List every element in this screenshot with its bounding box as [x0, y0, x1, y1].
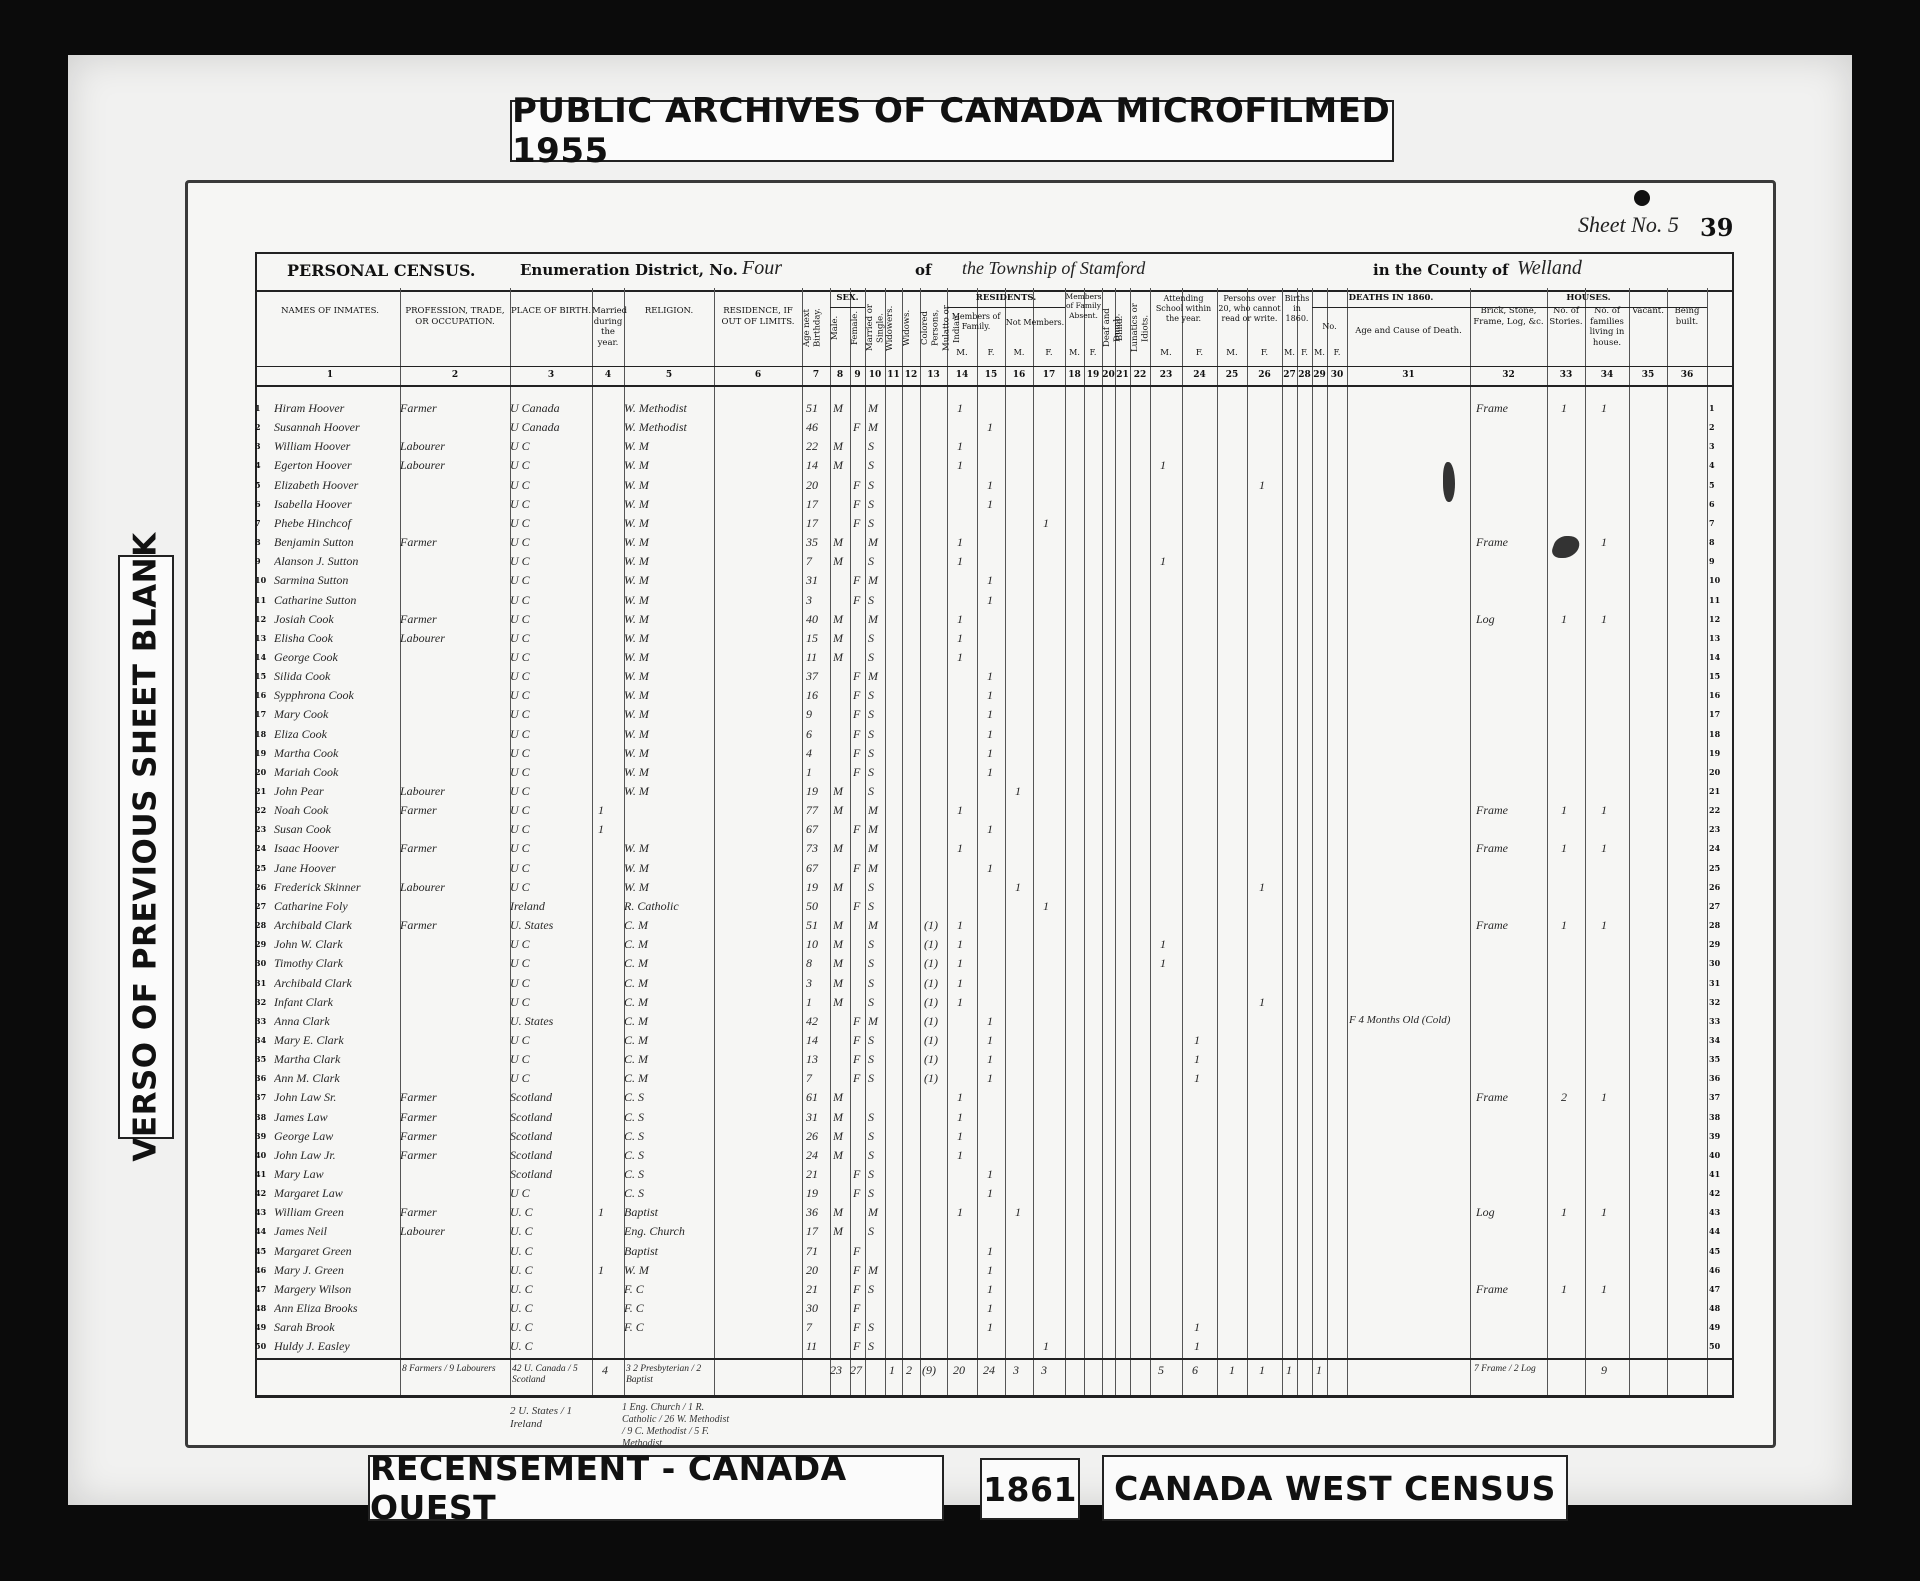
cell-death: F 4 Months Old (Cold): [1349, 1014, 1479, 1026]
column-header-21: Blind.: [1115, 294, 1130, 362]
cell-birth: Scotland: [510, 1167, 592, 1182]
cell-religion: C. M: [624, 956, 714, 971]
cell-name: Martha Cook: [274, 746, 400, 761]
cell-age: 8: [806, 956, 830, 971]
cell-families: 1: [1601, 535, 1629, 550]
row-number: 49: [255, 1322, 266, 1332]
cell-male: M: [833, 1224, 850, 1239]
cell-female: F: [853, 746, 865, 761]
table-row: 2222Noah CookFarmerU C177MM1Frame11: [257, 802, 1732, 821]
cell-fam_m: 1: [957, 554, 977, 569]
cell-fam_m: 1: [957, 439, 977, 454]
cell-name: Martha Clark: [274, 1052, 400, 1067]
row-number: 46: [255, 1265, 266, 1275]
row-number-right: 26: [1709, 882, 1720, 892]
row-number-right: 17: [1709, 709, 1720, 719]
punch-hole: [1634, 190, 1650, 206]
table-row: 1111Catharine SuttonU CW. M3FS1: [257, 592, 1732, 611]
census-label-french: RECENSEMENT - CANADA OUEST: [368, 1455, 944, 1521]
table-row: 4141Mary LawScotlandC. S21FS1: [257, 1166, 1732, 1185]
column-header-2: PROFESSION, TRADE, OR OCCUPATION.: [400, 306, 510, 378]
cell-ms: S: [868, 784, 885, 799]
table-row: 88Benjamin SuttonFarmerU CW. M35MM1Frame…: [257, 534, 1732, 553]
cell-age: 35: [806, 535, 830, 550]
cell-birth: U C: [510, 554, 592, 569]
cell-religion: W. M: [624, 727, 714, 742]
row-number: 1: [255, 403, 261, 413]
cell-age: 20: [806, 478, 830, 493]
cell-birth: U C: [510, 841, 592, 856]
cell-religion: C. S: [624, 1148, 714, 1163]
cell-female: F: [853, 478, 865, 493]
cell-birth: U C: [510, 631, 592, 646]
row-number-right: 11: [1709, 595, 1720, 605]
row-number-right: 25: [1709, 863, 1720, 873]
group-header-births: Births in 1860.: [1282, 294, 1312, 324]
cell-name: Isaac Hoover: [274, 841, 400, 856]
cell-families: 1: [1601, 1282, 1629, 1297]
table-row: 2323Susan CookU C167FM1: [257, 821, 1732, 840]
cell-ms: M: [868, 573, 885, 588]
table-row: 33William HooverLabourerU CW. M22MS1: [257, 438, 1732, 457]
cell-birth: Scotland: [510, 1110, 592, 1125]
cell-religion: W. M: [624, 458, 714, 473]
table-row: 2727Catharine FolyIrelandR. Catholic50FS…: [257, 898, 1732, 917]
cell-age: 40: [806, 612, 830, 627]
cell-age: 17: [806, 497, 830, 512]
cell-school_m: 1: [1160, 956, 1182, 971]
cell-birth: U C: [510, 535, 592, 550]
cell-name: John Law Sr.: [274, 1090, 400, 1105]
cell-age: 19: [806, 880, 830, 895]
cell-male: M: [833, 612, 850, 627]
cell-fam_m: 1: [957, 976, 977, 991]
row-number-right: 42: [1709, 1188, 1720, 1198]
cell-male: M: [833, 918, 850, 933]
column-number-20: 20: [1102, 370, 1115, 381]
cell-female: F: [853, 1186, 865, 1201]
cell-name: George Cook: [274, 650, 400, 665]
form-title: PERSONAL CENSUS.: [287, 261, 476, 280]
cell-occ: Labourer: [400, 631, 510, 646]
cell-religion: Baptist: [624, 1244, 714, 1259]
row-number-right: 34: [1709, 1035, 1720, 1045]
row-number-right: 32: [1709, 997, 1720, 1007]
column-header-17: F.: [1033, 348, 1065, 362]
cell-ms: S: [868, 439, 885, 454]
cell-name: Susan Cook: [274, 822, 400, 837]
table-row: 4747Margery WilsonU. CF. C21FS1Frame11: [257, 1281, 1732, 1300]
column-number-21: 21: [1115, 370, 1130, 381]
cell-occ: Farmer: [400, 401, 510, 416]
column-header-1: NAMES OF INMATES.: [260, 306, 400, 378]
cell-female: F: [853, 765, 865, 780]
cell-notmem_f: 1: [1043, 1339, 1065, 1354]
cell-school_f: 1: [1194, 1033, 1217, 1048]
cell-age: 19: [806, 784, 830, 799]
cell-fam_f: 1: [987, 573, 1005, 588]
row-number: 48: [255, 1303, 266, 1313]
cell-stories: 1: [1561, 1282, 1585, 1297]
column-number-18: 18: [1065, 370, 1084, 381]
column-header-20: Deaf and Dumb.: [1102, 294, 1115, 362]
cell-male: M: [833, 535, 850, 550]
cell-notmem_m: 1: [1015, 784, 1033, 799]
cell-c26: 1: [1259, 995, 1282, 1010]
cell-birth: Scotland: [510, 1129, 592, 1144]
cell-ms: S: [868, 1129, 885, 1144]
cell-families: 1: [1601, 401, 1629, 416]
cell-age: 16: [806, 688, 830, 703]
ink-stain: [1443, 462, 1455, 502]
cell-name: Elisha Cook: [274, 631, 400, 646]
column-header-7: Age next Birthday.: [802, 294, 830, 362]
cell-male: M: [833, 554, 850, 569]
cell-name: Mary E. Clark: [274, 1033, 400, 1048]
row-number: 6: [255, 499, 261, 509]
cell-name: Sypphrona Cook: [274, 688, 400, 703]
table-row: 55Elizabeth HooverU CW. M20FS11: [257, 477, 1732, 496]
cell-stories: 1: [1561, 803, 1585, 818]
table-row: 2424Isaac HooverFarmerU CW. M73MM1Frame1…: [257, 840, 1732, 859]
column-number-25: 25: [1217, 370, 1247, 381]
cell-fam_m: 1: [957, 1129, 977, 1144]
column-number-6: 6: [714, 370, 802, 381]
cell-fam_m: 1: [957, 1110, 977, 1125]
cell-female: F: [853, 727, 865, 742]
cell-birth: U C: [510, 880, 592, 895]
table-row: 1717Mary CookU CW. M9FS1: [257, 706, 1732, 725]
cell-col13: (1): [924, 1033, 947, 1048]
cell-ms: S: [868, 554, 885, 569]
cell-age: 51: [806, 401, 830, 416]
cell-ms: S: [868, 478, 885, 493]
cell-religion: C. M: [624, 1071, 714, 1086]
cell-religion: W. M: [624, 707, 714, 722]
table-row: 1919Martha CookU CW. M4FS1: [257, 745, 1732, 764]
cell-married: 1: [598, 822, 624, 837]
cell-female: F: [853, 1339, 865, 1354]
cell-house: Frame: [1476, 535, 1547, 550]
table-row: 3333Anna ClarkU. StatesC. M42FM(1)1F 4 M…: [257, 1013, 1732, 1032]
row-number-right: 41: [1709, 1169, 1720, 1179]
column-header-24: F.: [1182, 348, 1217, 362]
column-number-2: 2: [400, 370, 510, 381]
column-header-22: Lunatics or Idiots.: [1130, 294, 1150, 362]
cell-religion: C. M: [624, 976, 714, 991]
cell-male: M: [833, 880, 850, 895]
cell-occ: Farmer: [400, 841, 510, 856]
column-header-18: M.: [1065, 348, 1084, 362]
cell-birth: U C: [510, 688, 592, 703]
cell-birth: U C: [510, 478, 592, 493]
cell-age: 19: [806, 1186, 830, 1201]
total-school_f: 6: [1192, 1364, 1227, 1378]
cell-male: M: [833, 650, 850, 665]
row-number: 10: [255, 575, 266, 585]
verso-label-text: VERSO OF PREVIOUS SHEET BLANK: [128, 532, 164, 1161]
cell-male: M: [833, 458, 850, 473]
cell-col13: (1): [924, 1014, 947, 1029]
column-number-17: 17: [1033, 370, 1065, 381]
table-row: 2020Mariah CookU CW. M1FS1: [257, 764, 1732, 783]
census-table: NAMES OF INMATES.1PROFESSION, TRADE, OR …: [255, 288, 1734, 1398]
table-row: 1010Sarmina SuttonU CW. M31FM1: [257, 572, 1732, 591]
row-number-right: 12: [1709, 614, 1720, 624]
cell-age: 36: [806, 1205, 830, 1220]
total-fam_m: 20: [953, 1364, 987, 1378]
cell-fam_m: 1: [957, 401, 977, 416]
cell-name: Elizabeth Hoover: [274, 478, 400, 493]
totals-row: 8 Farmers / 9 Labourers42 U. Canada / 5 …: [257, 1363, 1732, 1395]
table-row: 11Hiram HooverFarmerU CanadaW. Methodist…: [257, 400, 1732, 419]
cell-house: Log: [1476, 612, 1547, 627]
column-header-9: Female.: [850, 294, 865, 362]
cell-birth: U C: [510, 1071, 592, 1086]
row-number-right: 49: [1709, 1322, 1720, 1332]
cell-age: 51: [806, 918, 830, 933]
cell-male: M: [833, 937, 850, 952]
cell-age: 31: [806, 1110, 830, 1125]
cell-religion: C. S: [624, 1167, 714, 1182]
cell-occ: Farmer: [400, 1090, 510, 1105]
row-number-right: 44: [1709, 1226, 1720, 1236]
cell-ms: S: [868, 458, 885, 473]
row-number: 24: [255, 843, 266, 853]
cell-name: Mariah Cook: [274, 765, 400, 780]
cell-stories: 1: [1561, 1205, 1585, 1220]
cell-house: Frame: [1476, 803, 1547, 818]
cell-birth: U C: [510, 746, 592, 761]
cell-birth: U C: [510, 573, 592, 588]
cell-female: F: [853, 420, 865, 435]
column-number-7: 7: [802, 370, 830, 381]
column-header-28: F.: [1297, 348, 1312, 362]
cell-male: M: [833, 995, 850, 1010]
cell-religion: W. M: [624, 593, 714, 608]
cell-fam_f: 1: [987, 707, 1005, 722]
cell-birth: U C: [510, 784, 592, 799]
cell-male: M: [833, 439, 850, 454]
cell-religion: W. M: [624, 784, 714, 799]
cell-age: 61: [806, 1090, 830, 1105]
cell-house: Frame: [1476, 1090, 1547, 1105]
cell-stories: 1: [1561, 918, 1585, 933]
cell-occ: Farmer: [400, 1205, 510, 1220]
column-header-23: M.: [1150, 348, 1182, 362]
table-row: 2121John PearLabourerU CW. M19MS1: [257, 783, 1732, 802]
cell-fam_f: 1: [987, 1301, 1005, 1316]
total-read_m: 1: [1229, 1364, 1257, 1378]
cell-birth: U Canada: [510, 401, 592, 416]
group-header-attending-school: Attending School within the year.: [1150, 294, 1217, 324]
cell-name: Infant Clark: [274, 995, 400, 1010]
cell-birth: U. C: [510, 1282, 592, 1297]
row-number-right: 21: [1709, 786, 1720, 796]
cell-ms: S: [868, 688, 885, 703]
cell-fam_f: 1: [987, 1014, 1005, 1029]
row-number: 42: [255, 1188, 266, 1198]
cell-male: M: [833, 1148, 850, 1163]
table-row: 3535Martha ClarkU CC. M13FS(1)11: [257, 1051, 1732, 1070]
cell-name: Catharine Foly: [274, 899, 400, 914]
column-header-34: No. of families living in house.: [1585, 306, 1629, 378]
cell-female: F: [853, 1282, 865, 1297]
cell-married: 1: [598, 1263, 624, 1278]
column-header-5: RELIGION.: [624, 306, 714, 378]
cell-birth: U C: [510, 458, 592, 473]
cell-name: Benjamin Sutton: [274, 535, 400, 550]
cell-name: Hiram Hoover: [274, 401, 400, 416]
column-number-11: 11: [885, 370, 902, 381]
cell-ms: S: [868, 631, 885, 646]
cell-age: 10: [806, 937, 830, 952]
cell-ms: M: [868, 420, 885, 435]
column-number-15: 15: [977, 370, 1005, 381]
cell-fam_m: 1: [957, 918, 977, 933]
cell-male: M: [833, 1090, 850, 1105]
cell-notmem_m: 1: [1015, 1205, 1033, 1220]
table-row: 1313Elisha CookLabourerU CW. M15MS1: [257, 630, 1732, 649]
cell-religion: W. M: [624, 573, 714, 588]
cell-male: M: [833, 631, 850, 646]
table-row: 3737John Law Sr.FarmerScotlandC. S61M1Fr…: [257, 1089, 1732, 1108]
cell-fam_f: 1: [987, 861, 1005, 876]
row-number-right: 35: [1709, 1054, 1720, 1064]
total-birth: 42 U. Canada / 5 Scotland: [512, 1364, 592, 1386]
cell-col13: (1): [924, 1071, 947, 1086]
column-header-4: Married during the year.: [592, 306, 624, 378]
cell-birth: U C: [510, 516, 592, 531]
cell-families: 1: [1601, 612, 1629, 627]
total-families: 9: [1601, 1364, 1639, 1378]
cell-fam_f: 1: [987, 478, 1005, 493]
cell-occ: Labourer: [400, 880, 510, 895]
cell-name: Egerton Hoover: [274, 458, 400, 473]
row-number-right: 5: [1709, 480, 1715, 490]
column-number-23: 23: [1150, 370, 1182, 381]
cell-house: Log: [1476, 1205, 1547, 1220]
cell-birth: U. States: [510, 1014, 592, 1029]
cell-fam_f: 1: [987, 1052, 1005, 1067]
column-header-12: Widows.: [902, 294, 920, 362]
cell-age: 46: [806, 420, 830, 435]
cell-ms: S: [868, 899, 885, 914]
total-births_m: 1: [1286, 1364, 1307, 1378]
cell-male: M: [833, 1205, 850, 1220]
column-number-4: 4: [592, 370, 624, 381]
archive-label-text: PUBLIC ARCHIVES OF CANADA MICROFILMED 19…: [512, 91, 1392, 171]
column-number-5: 5: [624, 370, 714, 381]
group-header-deaths-no: No.: [1312, 322, 1347, 332]
cell-age: 6: [806, 727, 830, 742]
row-rule: [257, 385, 1732, 387]
cell-age: 24: [806, 1148, 830, 1163]
cell-ms: S: [868, 707, 885, 722]
cell-occ: Labourer: [400, 458, 510, 473]
cell-ms: S: [868, 1224, 885, 1239]
county-value: Welland: [1517, 257, 1582, 280]
row-number-right: 4: [1709, 460, 1715, 470]
verso-label: VERSO OF PREVIOUS SHEET BLANK: [118, 555, 174, 1139]
cell-birth: U. C: [510, 1263, 592, 1278]
cell-fam_f: 1: [987, 1167, 1005, 1182]
cell-fam_m: 1: [957, 631, 977, 646]
cell-name: Noah Cook: [274, 803, 400, 818]
row-number-right: 10: [1709, 575, 1720, 585]
cell-fam_f: 1: [987, 593, 1005, 608]
cell-birth: U. C: [510, 1320, 592, 1335]
census-year-text: 1861: [983, 1470, 1077, 1509]
column-number-28: 28: [1297, 370, 1312, 381]
page-number: 39: [1700, 213, 1733, 242]
column-number-10: 10: [865, 370, 885, 381]
cell-religion: W. M: [624, 861, 714, 876]
cell-female: F: [853, 1033, 865, 1048]
column-number-8: 8: [830, 370, 850, 381]
cell-birth: U. C: [510, 1224, 592, 1239]
column-header-31: Age and Cause of Death.: [1347, 326, 1470, 370]
cell-religion: C. M: [624, 937, 714, 952]
cell-col13: (1): [924, 995, 947, 1010]
cell-age: 30: [806, 1301, 830, 1316]
cell-birth: U C: [510, 439, 592, 454]
cell-name: Phebe Hinchcof: [274, 516, 400, 531]
cell-age: 73: [806, 841, 830, 856]
cell-age: 3: [806, 593, 830, 608]
cell-school_m: 1: [1160, 458, 1182, 473]
cell-occ: Farmer: [400, 1148, 510, 1163]
table-row: 1414George CookU CW. M11MS1: [257, 649, 1732, 668]
cell-occ: Farmer: [400, 918, 510, 933]
cell-male: M: [833, 1129, 850, 1144]
cell-occ: Farmer: [400, 1129, 510, 1144]
religion-summary: 1 Eng. Church / 1 R. Catholic / 26 W. Me…: [622, 1402, 732, 1450]
cell-age: 22: [806, 439, 830, 454]
row-number: 20: [255, 767, 266, 777]
cell-religion: W. M: [624, 554, 714, 569]
cell-age: 21: [806, 1282, 830, 1297]
column-number-12: 12: [902, 370, 920, 381]
cell-religion: F. C: [624, 1320, 714, 1335]
cell-families: 1: [1601, 1090, 1629, 1105]
row-number-right: 38: [1709, 1112, 1720, 1122]
table-row: 4040John Law Jr.FarmerScotlandC. S24MS1: [257, 1147, 1732, 1166]
cell-ms: M: [868, 401, 885, 416]
cell-religion: W. M: [624, 765, 714, 780]
cell-ms: S: [868, 976, 885, 991]
cell-fam_m: 1: [957, 458, 977, 473]
row-number-right: 40: [1709, 1150, 1720, 1160]
column-header-15: F.: [977, 348, 1005, 362]
cell-house: Frame: [1476, 918, 1547, 933]
cell-ms: M: [868, 535, 885, 550]
cell-male: M: [833, 956, 850, 971]
cell-married: 1: [598, 803, 624, 818]
cell-age: 21: [806, 1167, 830, 1182]
column-header-19: F.: [1084, 348, 1102, 362]
column-header-3: PLACE OF BIRTH.: [510, 306, 592, 378]
table-row: 2525Jane HooverU CW. M67FM1: [257, 860, 1732, 879]
cell-male: M: [833, 1110, 850, 1125]
cell-religion: C. S: [624, 1090, 714, 1105]
table-row: 3636Ann M. ClarkU CC. M7FS(1)11: [257, 1070, 1732, 1089]
cell-age: 7: [806, 1071, 830, 1086]
cell-age: 1: [806, 995, 830, 1010]
cell-age: 1: [806, 765, 830, 780]
column-number-16: 16: [1005, 370, 1033, 381]
cell-female: F: [853, 1167, 865, 1182]
